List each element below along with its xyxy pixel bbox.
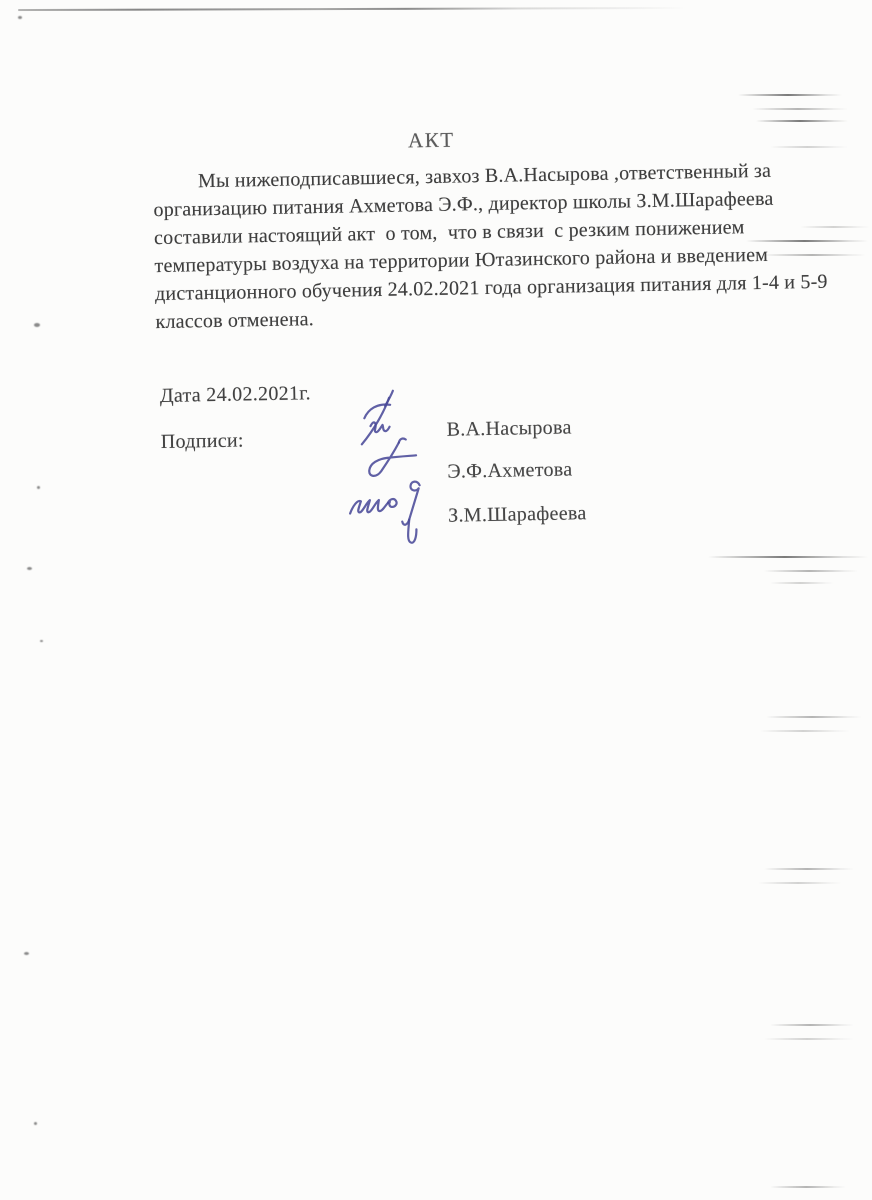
scanned-document-page: АКТ Мы нижеподписавшиеся, завхоз В.А.Нас…: [0, 0, 872, 1200]
signature-1-ink: [361, 391, 394, 445]
document-content: АКТ Мы нижеподписавшиеся, завхоз В.А.Нас…: [0, 0, 872, 1200]
signatory-name: Э.Ф.Ахметова: [447, 458, 573, 483]
handwritten-signatures: [330, 379, 453, 566]
document-title: АКТ: [0, 120, 867, 161]
signatory-name: В.А.Насырова: [446, 416, 571, 441]
signatures-label: Подписи:: [161, 429, 244, 454]
signature-2-ink: [369, 438, 417, 476]
date-line: Дата 24.02.2021г.: [160, 382, 311, 408]
document-body: Мы нижеподписавшиеся, завхоз В.А.Насыров…: [153, 156, 829, 336]
signatory-name: З.М.Шарафеева: [448, 502, 587, 528]
signature-3-ink: [350, 482, 421, 544]
